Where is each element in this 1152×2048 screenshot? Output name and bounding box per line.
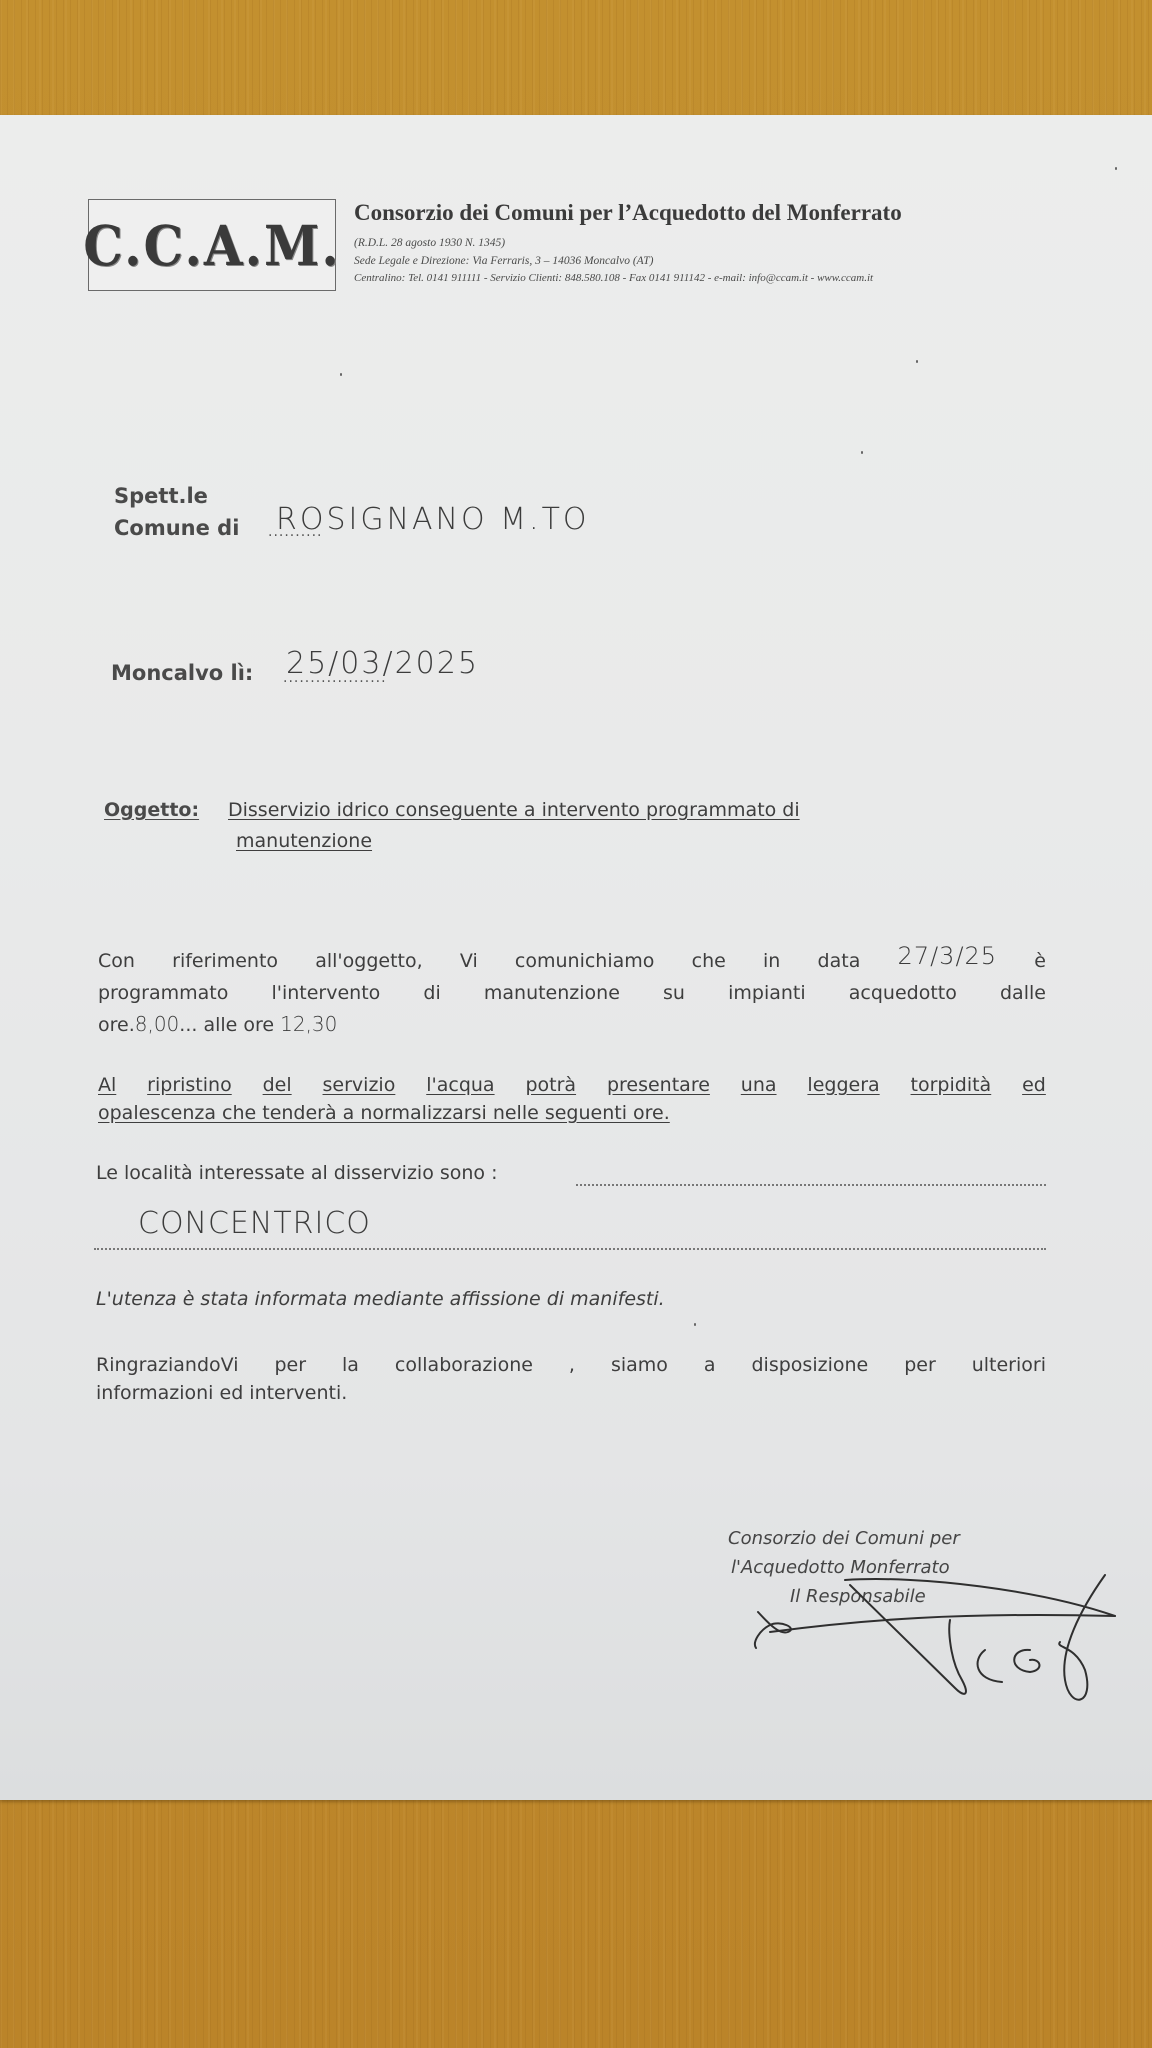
logo-text: C.C.A.M. — [83, 213, 341, 278]
word: siamo — [611, 1354, 668, 1376]
body-p4-line2: informazioni ed interventi. — [96, 1382, 347, 1404]
body-p2-line2: opalescenza che tenderà a normalizzarsi … — [98, 1102, 670, 1124]
subject-label: Oggetto: — [104, 799, 199, 821]
body-p3: L'utenza è stata informata mediante affi… — [96, 1288, 665, 1310]
handwritten-signature — [740, 1570, 1120, 1720]
word: servizio — [323, 1074, 396, 1096]
word: per — [904, 1354, 936, 1376]
word: su — [663, 982, 685, 1004]
body-p2-line1: Al ripristino del servizio l'acqua potrà… — [98, 1074, 1046, 1096]
word: in — [763, 950, 780, 972]
ccam-logo: C.C.A.M. — [88, 199, 336, 291]
time-from-handwritten: 8,00 — [135, 1012, 180, 1036]
decree-line: (R.D.L. 28 agosto 1930 N. 1345) — [354, 237, 505, 249]
word: Vi — [460, 950, 478, 972]
word: leggera — [807, 1074, 879, 1096]
word: disposizione — [752, 1354, 869, 1376]
signature-org-line-1: Consorzio dei Comuni per — [728, 1528, 960, 1549]
word: impianti — [728, 982, 806, 1004]
localities-handwritten: CONCENTRICO — [138, 1206, 371, 1241]
localities-dotted-line-2 — [94, 1248, 1046, 1250]
word: torpidità — [911, 1074, 992, 1096]
contacts-line: Centralino: Tel. 0141 911111 - Servizio … — [354, 272, 873, 284]
word: di — [423, 982, 440, 1004]
word: l'acqua — [426, 1074, 494, 1096]
word: potrà — [525, 1074, 576, 1096]
salutation: Spett.le — [114, 484, 208, 508]
word: del — [263, 1074, 292, 1096]
paper-speck — [1115, 167, 1117, 170]
word: acquedotto — [849, 982, 957, 1004]
word: comunichiamo — [515, 950, 655, 972]
paper-speck — [916, 360, 918, 363]
word: per — [275, 1354, 307, 1376]
place-date-label: Moncalvo lì: — [111, 661, 253, 685]
word: , — [569, 1354, 575, 1376]
body-p4-line1: RingraziandoVi per la collaborazione , s… — [96, 1354, 1046, 1376]
word: a — [704, 1354, 716, 1376]
word: programmato — [98, 982, 228, 1004]
word: collaborazione — [395, 1354, 533, 1376]
recipient-handwritten: ROSIGNANO M.TO — [276, 502, 590, 537]
body-p1-line3: ore.8,00... alle ore 12,30 — [98, 1012, 337, 1036]
subject-line-1: Disservizio idrico conseguente a interve… — [228, 799, 800, 821]
word: ripristino — [147, 1074, 232, 1096]
word: ulteriori — [972, 1354, 1046, 1376]
text: ... alle ore — [179, 1014, 274, 1036]
word: all'oggetto, — [315, 950, 422, 972]
time-to-handwritten: 12,30 — [280, 1012, 337, 1036]
word: l'intervento — [271, 982, 380, 1004]
word: RingraziandoVi — [96, 1354, 239, 1376]
word: dalle — [1000, 982, 1046, 1004]
word: presentare — [607, 1074, 710, 1096]
paper-speck — [694, 1323, 696, 1326]
word: data — [818, 950, 861, 972]
organization-name: Consorzio dei Comuni per l’Acquedotto de… — [354, 200, 902, 226]
localities-dotted-line-1 — [576, 1184, 1046, 1186]
word: è — [1034, 950, 1046, 972]
paper-speck — [861, 451, 863, 454]
word: la — [342, 1354, 359, 1376]
body-p1-line2: programmato l'intervento di manutenzione… — [98, 982, 1046, 1004]
date-handwritten: 25/03/2025 — [286, 646, 479, 681]
subject-line-2: manutenzione — [236, 830, 372, 852]
body-p1-line1: Con riferimento all'oggetto, Vi comunich… — [98, 950, 1046, 972]
text: ore. — [98, 1014, 135, 1036]
word: Con — [98, 950, 135, 972]
paper-speck — [340, 373, 342, 376]
word: ed — [1022, 1074, 1046, 1096]
word: che — [692, 950, 726, 972]
word: Al — [98, 1074, 116, 1096]
recipient-label: Comune di — [114, 516, 239, 540]
localities-label: Le località interessate al disservizio s… — [96, 1162, 498, 1184]
intervention-date-handwritten: 27/3/25 — [898, 942, 998, 972]
word: manutenzione — [484, 982, 620, 1004]
word: riferimento — [172, 950, 278, 972]
address-line: Sede Legale e Direzione: Via Ferraris, 3… — [354, 255, 653, 267]
word: una — [741, 1074, 777, 1096]
